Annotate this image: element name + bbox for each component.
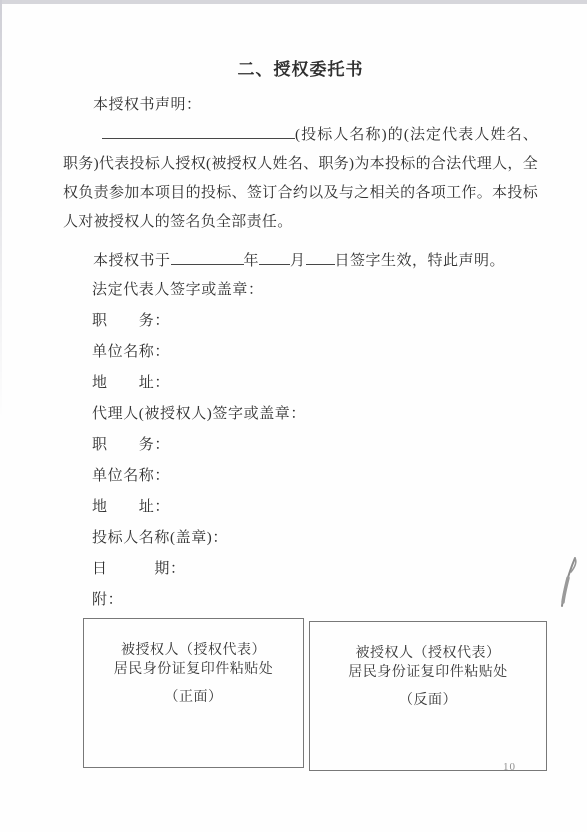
month-label: 月 <box>290 253 306 269</box>
agent-company-label: 单位名称： <box>92 468 538 485</box>
id-box-paste-line: 居民身份证复印件粘贴处 <box>84 660 303 679</box>
agent-signature-label: 代理人(被授权人)签字或盖章： <box>92 406 538 423</box>
year-blank <box>171 251 244 265</box>
year-label: 年 <box>244 253 260 269</box>
declaration-intro: 本授权书声明： <box>63 95 538 115</box>
id-box-holder-line: 被授权人（授权代表） <box>84 641 303 660</box>
id-box-holder-line: 被授权人（授权代表） <box>310 644 546 663</box>
id-box-side-label-back: （反面） <box>310 691 546 710</box>
scanned-document-page: 二、授权委托书 本授权书声明： (投标人名称)的(法定代表人姓名、职务)代表投标… <box>0 0 587 832</box>
page-number: 10 <box>503 761 516 773</box>
effective-date-line: 本授权书于年月日签字生效，特此声明。 <box>63 249 538 273</box>
legal-rep-company-label: 单位名称： <box>92 344 538 361</box>
day-suffix: 日签字生效，特此声明。 <box>335 253 506 269</box>
id-box-side-label-front: （正面） <box>84 688 303 707</box>
page-title: 二、授权委托书 <box>63 58 538 81</box>
id-paste-box-back: 被授权人（授权代表） 居民身份证复印件粘贴处 （反面） <box>309 621 547 771</box>
day-blank <box>306 251 335 265</box>
agent-position-label: 职 务： <box>92 437 538 454</box>
authorization-paragraph: (投标人名称)的(法定代表人姓名、职务)代表投标人授权(被授权人姓名、职务)为本… <box>63 121 538 237</box>
date-label: 日 期： <box>92 561 538 578</box>
attachment-label: 附： <box>92 592 538 609</box>
pen-stroke-artifact <box>555 550 581 614</box>
bidder-name-blank <box>102 125 295 139</box>
id-box-paste-line: 居民身份证复印件粘贴处 <box>310 663 546 682</box>
legal-rep-signature-label: 法定代表人签字或盖章： <box>92 282 538 299</box>
signature-fields: 法定代表人签字或盖章： 职 务： 单位名称： 地 址： 代理人(被授权人)签字或… <box>92 282 538 609</box>
id-paste-box-front: 被授权人（授权代表） 居民身份证复印件粘贴处 （正面） <box>83 618 304 768</box>
authorization-text: (投标人名称)的(法定代表人姓名、职务)代表投标人授权(被授权人姓名、职务)为本… <box>63 127 538 230</box>
legal-rep-position-label: 职 务： <box>92 313 538 330</box>
effective-prefix: 本授权书于 <box>93 253 171 269</box>
month-blank <box>259 251 290 265</box>
document-content: 二、授权委托书 本授权书声明： (投标人名称)的(法定代表人姓名、职务)代表投标… <box>0 0 587 609</box>
legal-rep-address-label: 地 址： <box>92 375 538 392</box>
bidder-name-seal-label: 投标人名称(盖章)： <box>92 530 538 547</box>
agent-address-label: 地 址： <box>92 499 538 516</box>
